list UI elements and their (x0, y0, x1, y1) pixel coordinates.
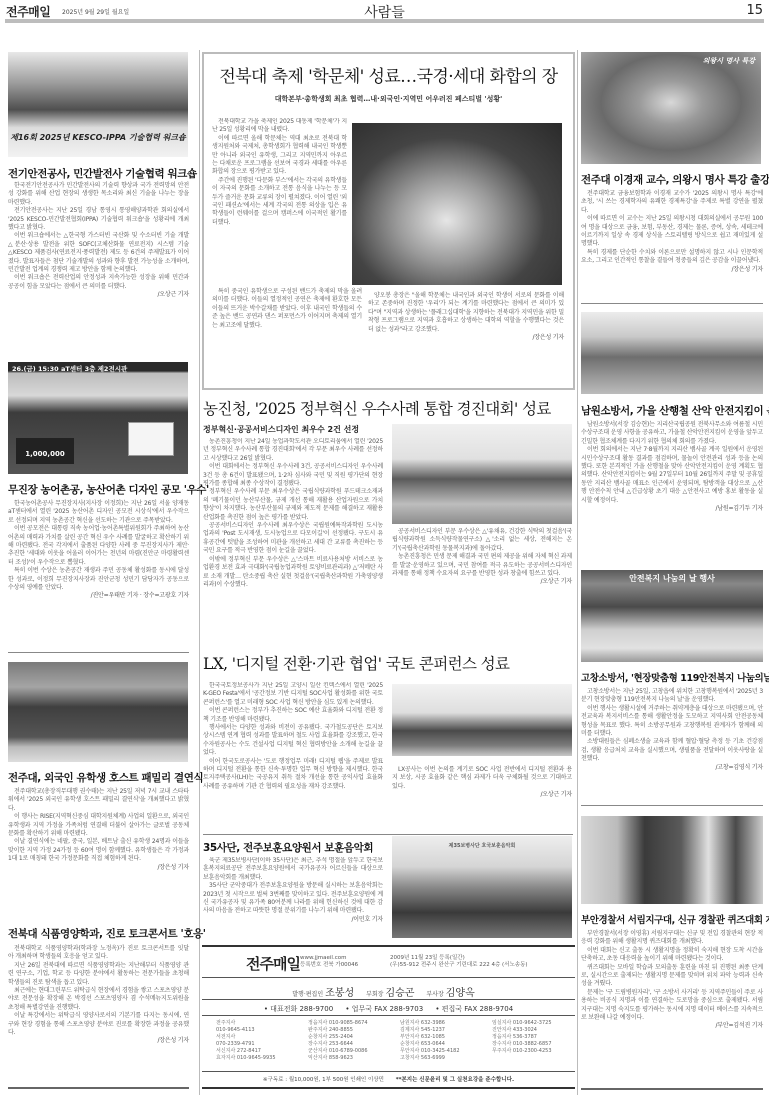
paragraph: 이번 워크숍은 전력산업의 안정성과 지속가능한 성장을 위해 민간과 공공이 … (8, 274, 189, 291)
article-body-mujinjang: 한국농어촌공사 무진장지사(지사장 이정희)는 지난 26일 서울 양재동 aT… (8, 500, 189, 601)
paragraph: 이번 콘퍼런스는 정부가 추진하는 SOC 예산 효율화와 디지털 전환 정책 … (203, 707, 383, 724)
paragraph: 농촌진흥청이 지난 24일 농업과학도서관 오디토리움에서 열린 '2025년 … (203, 438, 383, 463)
paragraph: 특히 경제를 단순한 수치와 이론으로만 설명하지 않고 시나 인문학적 요소,… (581, 249, 763, 266)
paragraph: 부안경찰서(서장 이영휴) 서림지구대는 신규 및 전입 경찰관의 현장 적응력… (581, 930, 763, 947)
rda-award-photo (392, 424, 572, 524)
kesco-workshop-photo: 제16회 2025년 KESCO-IPPA 기술협력 워크숍 (8, 52, 188, 157)
paragraph: 한국전기안전공사가 민간발전사의 기술력 향상과 국가 전력망의 안전성 강화를… (8, 182, 189, 207)
bureau-entry: 진안지사 433-3024 (492, 1027, 584, 1034)
headline-buan-police[interactable]: 부안경찰서 서림지구대, 신규 경찰관 퀴즈대회 개최 (581, 912, 769, 926)
staff-list: 발행·편집인조봉성 부회장김승곤 부사장김양옥 (202, 984, 575, 999)
paragraph: 이번 공모전은 대통령 직속 농어업·농어촌특별위원회가 주최하여 농산어촌의 … (8, 525, 189, 567)
headline-jeonju-professor[interactable]: 전주대 이경재 교수, 의왕시 명사 특강 출강 (581, 172, 769, 187)
colophon-rule (202, 977, 575, 978)
page-number: 15 (746, 3, 763, 18)
paragraph: 특히 이번 수상은 농촌공간 재생과 주민 공동체 활성화를 동시에 달성한 성… (8, 567, 189, 592)
headline-namwon-fire[interactable]: 남원소방서, 가을 산행철 산악 안전지킴이 운영 (581, 403, 769, 418)
staff-name: 김승곤 (385, 988, 414, 999)
article-divider (581, 303, 763, 304)
lecture-photo: 의왕시 명사 특강 (581, 52, 761, 164)
paragraph: 소방대원들은 심폐소생술 교육과 함께 혈압·혈당 측정 등 기초 건강점검, … (581, 738, 763, 763)
paragraph: 최근에는 현대그린푸드 위탁급식 현장에서 경험을 쌓고 스포츠영양 분야로 전… (8, 987, 189, 1012)
paragraph: 남원소방서(서장 김승현)는 지리산국립공원 전북사무소와 여름철 시민수상구조… (581, 421, 763, 446)
lx-conference-photo (392, 684, 572, 756)
registered-date: 2009년 11월 23일 등록(일간) (390, 955, 528, 962)
article-body-host-family: 전주대학교(총장직무대행 권수태)는 지난 25일 저녁 7시 교내 스타타워에… (8, 788, 189, 872)
fire-station-meeting-photo (581, 312, 763, 394)
paragraph: 이밖에 정부혁신 부문 우수상은 △'스마트 비료사용처방 서비스로 농업환경 … (203, 556, 383, 590)
byline: /장은성 기자 (368, 334, 564, 342)
paragraph: 고창소방서는 지난 25일, 고창읍에 위치한 고창행복원에서 '2025년 3… (581, 688, 763, 705)
bureau-entry: 군산지사 010-6789-0086 (308, 1048, 400, 1055)
paragraph: 이번 대회는 신고 출동 시 생활지명을 정확히 숙지해 현장 도착 시간을 단… (581, 947, 763, 964)
bureau-entry: 장수지사 253-6644 (308, 1041, 400, 1048)
bureau-entry: 고창지사 563-6999 (400, 1055, 492, 1062)
paragraph: 한국농어촌공사 무진장지사(지사장 이정희)는 지난 26일 서울 양재동 aT… (8, 500, 189, 525)
phone-main: • 대표전화 288-9700 (264, 1005, 333, 1013)
byline: /부안=김석진 기자 (581, 1022, 763, 1030)
bureau-entry: 무주지사 010-2300-4253 (492, 1048, 584, 1055)
paragraph: 이날 특강에서는 위탁급식 영양사로서의 기본기를 다지는 동시에, 연구와 현… (8, 1012, 189, 1037)
headline-host-family[interactable]: 전주대, 외국인 유학생 호스트 패밀리 결연식 (8, 770, 203, 785)
headline-rda[interactable]: 농진청, '2025 정부혁신 우수사례 통합 경진대회' 성료 (203, 397, 551, 419)
subheadline-jbnu-festival: 대학본부·총학생회 최초 협력…내·외국인·지역민 어우러진 페스티벌 '성황' (204, 94, 573, 104)
paragraph: 전북대학교 가을 축제인 2025 대동제 '학문체'가 지난 25일 성황리에… (212, 118, 347, 135)
byline: /고창=김영식 기자 (581, 764, 763, 772)
photo-banner-text: 제35보병사단 호국보훈음악회 (392, 842, 572, 849)
registration-number: 등록번호 전북 가00046 (300, 962, 358, 969)
photo-banner-text: 제16회 2025년 KESCO-IPPA 기술협력 워크숍 (8, 132, 188, 143)
photo-banner-text: 안전복지 나눔의 날 행사 (581, 573, 763, 584)
paragraph: 육군 제35보병사단(이하 35사단)은 최근, 추석 명절을 앞두고 한국보훈… (203, 857, 383, 882)
staff-name: 조봉성 (325, 988, 354, 999)
byline: /장은성 기자 (581, 266, 763, 274)
article-divider (8, 1087, 189, 1089)
paragraph: 이번 워크숍에서는 △한국형 가스터빈 국산화 및 수소터빈 기술 개발 △분산… (8, 232, 189, 274)
bureau-entry: 정읍지사 010-9085-8674 (308, 1020, 400, 1027)
phone-list: • 대표전화 288-9700 • 업무국 FAX 288-9703 • 편집국… (202, 1004, 575, 1014)
paragraph: 문제는 '구 드림병원자리', '구 소방서 사거리' 등 지역주민들이 주로 … (581, 989, 763, 1023)
paragraph: 행사에서는 다양한 성과와 비전이 공유됐다. 국가철도공단은 토지보상시스템 … (203, 724, 383, 758)
article-body-buan-police: 부안경찰서(서장 이영휴) 서림지구대는 신규 및 전입 경찰관의 현장 적응력… (581, 930, 763, 1031)
article-body-jbnu-food: 전북대학교 식품영양학과(학과장 노정옥)가 진로 토크콘서트를 잇달아 개최하… (8, 945, 189, 1046)
byline: /장은성 기자 (8, 864, 189, 872)
headline-lx[interactable]: LX, '디지털 전환·기관 협업' 국토 콘퍼런스 성료 (203, 652, 509, 674)
headline-mujinjang[interactable]: 무진장 농어촌공, 농산어촌 디자인 공모 '우수' (8, 482, 209, 497)
paragraph: 양오봉 총장은 "올해 학문체는 내국인과 외국인 학생이 서로의 문화를 이해… (368, 292, 564, 334)
colophon-web-info: www.jjmaeil.com 등록번호 전북 가00046 (300, 955, 358, 969)
paragraph: 공공서비스디자인 우수사례 최우수상은 국립원예특작과학원 도시농업과의 'Po… (203, 522, 383, 556)
colophon-rule (202, 1087, 575, 1089)
ethics-statement: **본지는 신문윤리 및 그 실천요강을 준수합니다. (396, 1077, 514, 1083)
newspaper-colophon: 전주매일 www.jjmaeil.com 등록번호 전북 가00046 2009… (202, 945, 575, 1096)
paragraph: 전주대학교(총장직무대행 권수태)는 지난 25일 저녁 7시 교내 스타타워에… (8, 788, 189, 813)
paragraph: LX공사는 이번 논의를 계기로 SOC 사업 전반에서 디지털 전환과 용지 … (392, 766, 572, 791)
bureau-entry: 남원지사 632-3986 (400, 1020, 492, 1027)
article-divider (581, 1088, 763, 1090)
article-divider (203, 834, 573, 835)
headline-jbnu-festival[interactable]: 전북대 축제 '학문체' 성료…국경·세대 화합의 장 (204, 62, 573, 87)
bureau-entry: 순창지사 255-2404 (308, 1034, 400, 1041)
article-body-rda-col2: 공공서비스디자인 부문 우수상은 △'유채유, 건강한 식탁의 첫걸음'(국립식… (392, 528, 572, 587)
website-link[interactable]: www.jjmaeil.com (300, 955, 358, 962)
byline: /진안=우태만 기자 · 장수=고광호 기자 (8, 592, 189, 600)
bureau-entry: 부안지사 632-1085 (400, 1034, 492, 1041)
masthead: 전주매일 2025년 9월 29일 월요일 사람들 15 (0, 0, 769, 22)
paragraph: 전주대학교 금융보험학과 이경재 교수가 '2025 의왕시 명사 특강'에 초… (581, 190, 763, 215)
bureau-entry: 서신지사 272-8417 (216, 1048, 308, 1055)
colophon-rule (202, 999, 575, 1000)
colophon-rule (202, 1071, 575, 1072)
headline-35-division[interactable]: 35사단, 전주보훈요양원서 보훈음악회 (203, 840, 373, 855)
fax-business: • 업무국 FAX 288-9703 (345, 1005, 423, 1013)
concert-photo: 제35보병사단 호국보훈음악회 (392, 836, 572, 938)
bureau-entry: 070-2339-4791 (216, 1041, 308, 1048)
paragraph: 전북대학교 식품영양학과(학과장 노정옥)가 진로 토크콘서트를 잇달아 개최하… (8, 945, 189, 962)
byline: /장은성 기자 (8, 1037, 189, 1045)
paragraph: 이번 행사는 생활시설에 거주하는 취약계층을 대상으로 마련됐으며, 안전교육… (581, 705, 763, 739)
paragraph: 농촌진흥청은 민생 문제 해결과 국민 편의 제공을 위해 자체 혁신 과제를 … (392, 553, 572, 578)
staff-name: 김양옥 (446, 988, 475, 999)
paragraph: 이에 따르면 올해 학문체는 역대 최초로 전북대 학생지원처와 국제처, 총학… (212, 135, 347, 177)
colophon-address-info: 2009년 11월 23일 등록(일간) (우)55-912 전주시 완산구 기… (390, 955, 528, 969)
article-body-jeonju-professor: 전주대학교 금융보험학과 이경재 교수가 '2025 의왕시 명사 특강'에 초… (581, 190, 763, 274)
headline-gochang-fire[interactable]: 고창소방서, '현장맞춤형 119안전복지 나눔의날' 운영 (581, 670, 769, 684)
bureau-entry: 순창지사 653-0644 (400, 1041, 492, 1048)
bureau-entry: 익산지사 858-9623 (308, 1055, 400, 1062)
photo-banner-text: 의왕시 명사 특강 (703, 56, 755, 66)
bureau-entry: 서전지사 (216, 1034, 308, 1041)
article-body-lx-col2: LX공사는 이번 논의를 계기로 SOC 사업 전반에서 디지털 전환과 용지 … (392, 766, 572, 800)
paragraph: 이날 결연식에는 네팔, 중국, 일본, 베트남 출신 유학생 24명과 이들을… (8, 838, 189, 863)
bureau-entry: 김제지사 545-1237 (400, 1027, 492, 1034)
paragraph: 전기안전공사는 지난 25일 경남 통영시 통영해양과학관 회의실에서 '202… (8, 207, 189, 232)
article-divider (8, 652, 189, 653)
bureau-entry (492, 1055, 584, 1062)
article-body-rda-col1: 농촌진흥청이 지난 24일 농업과학도서관 오디토리움에서 열린 '2025년 … (203, 438, 383, 616)
paragraph: 공공서비스디자인 부문 우수상은 △'유채유, 건강한 식탁의 첫걸음'(국립식… (392, 528, 572, 553)
paragraph: 특히 중국인 유학생으로 구성된 밴드가 축제의 막을 올려 의미를 더했다. … (212, 288, 362, 330)
prize-board: 1,000,000 (16, 438, 74, 464)
byline: /오상근 기자 (392, 578, 572, 586)
address: (우)55-912 전주시 완산구 기린대로 222 4층 (서노송동) (390, 962, 528, 969)
paragraph: 퀴즈대회는 모바일 학습과 모의출동 훈련을 마친 뒤 진행된 최종 단계로, … (581, 964, 763, 989)
headline-jbnu-food[interactable]: 전북대 식품영양학과, 진로 토크콘서트 '호응' (8, 926, 206, 941)
colophon-rule (202, 945, 575, 947)
article-body-35-division: 육군 제35보병사단(이하 35사단)은 최근, 추석 명절을 앞두고 한국보훈… (203, 857, 383, 933)
article-body-gochang-fire: 고창소방서는 지난 25일, 고창읍에 위치한 고창행복원에서 '2025년 3… (581, 688, 763, 772)
paragraph: 지난 26일 전북대에 따르면 식품영양학과는 지난해부터 식품영양 관련 연구… (8, 962, 189, 987)
article-body-kesco: 한국전기안전공사가 민간발전사의 기술력 향상과 국가 전력망의 안전성 강화를… (8, 182, 189, 300)
staff-role: 부회장 (366, 991, 383, 998)
welfare-event-photo: 안전복지 나눔의 날 행사 (581, 570, 763, 662)
bureau-entry: 완주지사 240-8855 (308, 1027, 400, 1034)
award-ceremony-photo: 26.(금) 15:30 aT센터 3층 제2전시관 1,000,000 (8, 362, 188, 474)
byline: /오상근 기자 (392, 791, 572, 799)
staff-role: 부사장 (426, 991, 443, 998)
column-divider (577, 50, 578, 1095)
paragraph: 한국국토정보공사가 지난 25일 고양시 일산 킨텍스에서 열린 '2025 K… (203, 682, 383, 707)
host-family-photo (8, 662, 188, 762)
paragraph: 정부혁신 우수사례 부문 최우수상은 국립식량과학원 푸드테크소재과의 '폐기물… (203, 488, 383, 522)
paragraph: 주간에 진행된 '다문화 부스'에서는 각국의 유학생들이 자국의 문화를 소개… (212, 177, 347, 227)
colophon-rule (202, 1015, 575, 1016)
byline: /이민호 기자 (203, 916, 383, 924)
article-divider (581, 805, 763, 806)
colophon-footer: ※구독료 : 월10,000원, 1부 500원 인쇄인 이상민 **본지는 신… (202, 1075, 575, 1083)
masthead-rule (5, 19, 764, 23)
byline: /오상근 기자 (8, 291, 189, 299)
paragraph: 이번 회의에서는 지난 7·8월까지 지리산 뱀사골 계곡 일원에서 운영된 시… (581, 446, 763, 505)
bureau-entry: 임실지사 010-9642-3725 (492, 1020, 584, 1027)
colophon-logo: 전주매일 (246, 953, 300, 974)
article-body-jbnu-festival-col3: 양오봉 총장은 "올해 학문체는 내국인과 외국인 학생이 서로의 문화를 이해… (368, 292, 564, 342)
byline: /남원=김기두 기자 (581, 505, 763, 513)
article-body-jbnu-festival-col2: 특히 중국인 유학생으로 구성된 밴드가 축제의 막을 올려 의미를 더했다. … (212, 288, 362, 330)
certificate (128, 422, 174, 456)
fax-editorial: • 편집국 FAX 288-9704 (435, 1005, 513, 1013)
festival-night-crowd-photo (352, 123, 562, 285)
paragraph: 이에 따르면 이 교수는 지난 25일 의왕시청 대회의실에서 공무원 100여… (581, 215, 763, 249)
bureau-entry: 장수지사 010-3882-6857 (492, 1041, 584, 1048)
headline-kesco[interactable]: 전기안전공사, 민간발전사 기술협력 워크숍 (8, 166, 197, 181)
paragraph: 이 행사는 RISE(지역혁신중심 대학지원체계) 사업의 일환으로, 외국인 … (8, 813, 189, 838)
bureau-entry: 정읍지사 536-3787 (492, 1034, 584, 1041)
article-body-lx-col1: 한국국토정보공사가 지난 25일 고양시 일산 킨텍스에서 열린 '2025 K… (203, 682, 383, 832)
paragraph: 35사단 군악중대가 전주보훈요양원을 방문해 실시하는 보훈음악회는 2023… (203, 882, 383, 916)
photo-banner-text: 26.(금) 15:30 aT센터 3층 제2전시관 (12, 364, 188, 373)
article-body-jbnu-festival-col1: 전북대학교 가을 축제인 2025 대동제 '학문체'가 지난 25일 성황리에… (212, 118, 347, 286)
bureau-directory: 전주지사 정읍지사 010-9085-8674 남원지사 632-3986 임실… (216, 1020, 566, 1062)
bureau-entry: 무안지사 010-3425-4182 (400, 1048, 492, 1055)
subscription-info: ※구독료 : 월10,000원, 1부 500원 인쇄인 이상민 (263, 1077, 384, 1083)
paragraph: 이어 한국도로공사는 '도로 행정업무 미래! 디지털 웹'을 주제로 발표하며… (203, 758, 383, 792)
article-body-namwon-fire: 남원소방서(서장 김승현)는 지리산국립공원 전북사무소와 여름철 시민수상구조… (581, 421, 763, 513)
bureau-entry: 효자지사 010-9645-9935 (216, 1055, 308, 1062)
bureau-entry: 전주지사 (216, 1020, 308, 1027)
paragraph: 이번 대회에서는 정부혁신 우수사례 3건, 공공서비스디자인 우수사례 3건 … (203, 463, 383, 488)
police-quiz-photo (581, 816, 763, 904)
staff-role: 발행·편집인 (292, 991, 323, 998)
subheadline-rda: 정부혁신·공공서비스디자인 최우수 2건 선정 (203, 424, 359, 435)
bureau-entry: 010-9645-4113 (216, 1027, 308, 1034)
